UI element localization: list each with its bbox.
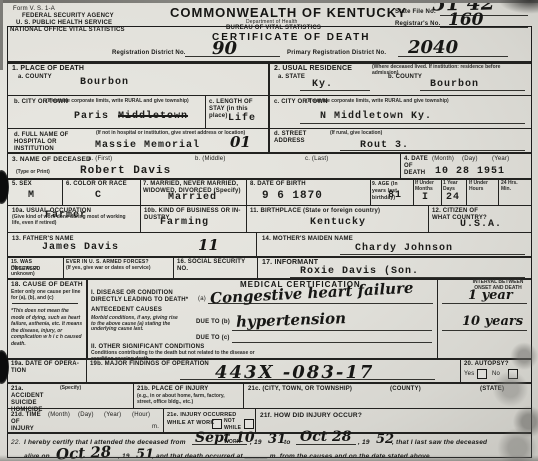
place-of-injury-note: (e.g., in or about home, farm, factory, … — [137, 394, 237, 405]
grid-line — [268, 61, 270, 152]
antecedent-note: Morbid conditions, if any, giving rise t… — [91, 316, 179, 333]
deceased-name-value: Robert Davis — [80, 166, 171, 176]
grid-line — [86, 278, 88, 358]
grid-line — [370, 178, 371, 205]
dob-value: 9 6 1870 — [262, 191, 323, 201]
grid-line — [257, 256, 258, 278]
dob-label: 8. DATE OF BIRTH — [250, 181, 306, 188]
name-first-label: a. (First) — [88, 156, 112, 163]
cause-of-death-label: 18. CAUSE OF DEATH — [11, 281, 85, 288]
while-at-work-label: WHILE AT WORK — [167, 420, 215, 427]
informant-rule — [290, 277, 525, 278]
how-injury-label: 21f. HOW DID INJURY OCCUR? — [260, 412, 362, 419]
grid-line — [7, 205, 531, 206]
place-of-death-title: 1. PLACE OF DEATH — [12, 65, 84, 72]
from-rule — [192, 444, 247, 445]
due-to-c-label: DUE TO (c) — [196, 335, 230, 342]
grid-line — [255, 408, 256, 432]
date-of-death-label: 4. DATE OF DEATH — [404, 156, 428, 177]
interval-a-rule — [442, 303, 527, 304]
time-of-injury-label: 21d. TIME OF INJURY — [11, 412, 41, 433]
date-of-death-value: 10 28 1951 — [435, 167, 505, 177]
name-sub-note: (Type or Print) — [16, 170, 50, 176]
birthplace-label: 11. BIRTHPLACE (State or foreign country… — [250, 208, 380, 215]
pod-city-label: b. CITY OR TOWN — [14, 99, 44, 106]
toi-hour-label: (Hour) — [132, 412, 150, 419]
certify-line1-post: , that I last saw the deceased — [392, 439, 487, 446]
certify-line2-mid: , 19 — [118, 453, 130, 460]
toi-month-label: (Month) — [48, 412, 70, 419]
alive-on-handwriting: Oct 28 — [56, 443, 112, 461]
grid-line — [243, 382, 244, 408]
grid-line — [163, 408, 164, 432]
res-county-rule — [420, 90, 525, 91]
findings-label: 19b. MAJOR FINDINGS OF OPERATION — [90, 361, 209, 368]
grid-line — [173, 256, 174, 278]
not-while-at-work-checkbox[interactable] — [244, 419, 254, 429]
interval-a-handwriting: 1 year — [468, 288, 513, 303]
disease-label: I. DISEASE OR CONDITION DIRECTLY LEADING… — [91, 290, 196, 304]
accident-label: 21a. ACCIDENT SUICIDE HOMICIDE — [11, 386, 56, 414]
pod-stay-value: Life — [228, 114, 256, 124]
name-middle-label: b. (Middle) — [195, 156, 226, 163]
grid-line — [7, 408, 531, 409]
certify-mid1: , 19 — [250, 439, 262, 446]
toi-year-label: (Year) — [104, 412, 121, 419]
sex-label: 5. SEX — [12, 181, 32, 188]
name-of-deceased-label: 3. NAME OF DECEASED — [12, 156, 91, 163]
pod-hospital-label: d. FULL NAME OF HOSPITAL OR INSTITUTION — [14, 132, 94, 153]
grid-line — [7, 232, 531, 233]
marital-value: Married — [168, 193, 217, 203]
ssn-label: 16. SOCIAL SECURITY NO. — [177, 259, 255, 273]
occupation-value: Farmer — [45, 211, 87, 221]
grid-line — [246, 178, 247, 205]
grid-line — [140, 205, 141, 232]
injury-state-label: (STATE) — [480, 386, 504, 393]
grid-line — [413, 178, 414, 205]
business-value: Farming — [160, 218, 209, 228]
informant-label: 17. INFORMANT — [262, 259, 318, 266]
commonwealth-title: COMMONWEALTH OF KENTUCKY — [170, 5, 407, 20]
res-county-value: Bourbon — [430, 80, 479, 90]
certify-number: 22. — [11, 439, 21, 446]
scan-edge-artifact — [0, 0, 3, 70]
birthplace-value: Kentucky — [310, 218, 366, 228]
toi-day-label: (Day) — [78, 412, 94, 419]
autopsy-yes-label: Yes — [464, 371, 474, 378]
father-value: James Davis — [42, 243, 119, 253]
citizen-value: U.S.A. — [460, 220, 502, 230]
dod-day-label: (Day) — [462, 156, 478, 163]
scan-smudge — [498, 0, 538, 14]
race-label: 6. COLOR OR RACE — [66, 181, 127, 188]
grid-line — [62, 178, 63, 205]
res-state-rule — [300, 90, 370, 91]
res-state-label: a. STATE — [278, 74, 305, 81]
grid-line — [256, 232, 257, 256]
res-city-note: (If outside corporate limits, write RURA… — [306, 99, 496, 105]
grid-line — [205, 95, 206, 128]
age-hours-label: Hours — [469, 187, 495, 193]
cause-divider — [12, 303, 78, 304]
antecedent-label: ANTECEDENT CAUSES — [91, 307, 162, 314]
pod-city-note: (If outside corporate limits, write RURA… — [46, 99, 201, 105]
pod-city-struck-value: Middletown — [118, 112, 188, 122]
mother-value: Chardy Johnson — [355, 244, 453, 254]
to-rule — [296, 444, 356, 445]
father-ditto-handwriting: 11 — [198, 236, 219, 254]
autopsy-yes-checkbox[interactable] — [477, 369, 487, 379]
agency-line-1: FEDERAL SECURITY AGENCY — [22, 13, 114, 20]
grid-line — [428, 205, 429, 232]
pod-county-value: Bourbon — [80, 78, 129, 88]
cause-note: Enter only one cause per line for (a), (… — [11, 290, 81, 301]
res-county-label: b. COUNTY — [388, 74, 422, 81]
a-label: (a) — [198, 296, 206, 303]
res-street-label: d. STREET ADDRESS — [274, 131, 314, 145]
grid-line — [133, 382, 134, 408]
mother-label: 14. MOTHER'S MAIDEN NAME — [262, 236, 353, 243]
scanned-certificate: Form V. S. 1-A FEDERAL SECURITY AGENCY U… — [0, 0, 538, 461]
place-of-injury-label: 21b. PLACE OF INJURY — [137, 386, 237, 393]
sex-value: M — [28, 191, 35, 201]
informant-value: Roxie Davis (Son. — [300, 267, 419, 277]
name-last-label: c. (Last) — [305, 156, 328, 163]
certify-to: to — [284, 439, 291, 446]
c-rule — [232, 342, 432, 343]
grid-line — [246, 205, 247, 232]
age-min-label: Min. — [501, 187, 527, 193]
grid-line — [63, 256, 64, 278]
autopsy-no-checkbox[interactable] — [508, 369, 518, 379]
form-number: Form V. S. 1-A — [13, 6, 55, 13]
age-value: 81 — [388, 191, 402, 201]
res-city-rule — [300, 123, 525, 124]
residence-title: 2. USUAL RESIDENCE — [274, 65, 352, 72]
findings-rule — [180, 379, 435, 380]
dod-month-label: (Month) — [432, 156, 454, 163]
certify-mid2: , 19 — [358, 439, 370, 446]
state-file-label: State File No. — [395, 9, 436, 16]
pod-hospital-handwriting: 01 — [230, 133, 251, 151]
pod-county-label: a. COUNTY — [18, 74, 52, 81]
was-deceased-note: (Yes, no, or unknown) — [11, 266, 61, 277]
while-at-work-checkbox[interactable] — [212, 419, 222, 429]
res-street-rule — [340, 150, 525, 151]
res-street-note: (If rural, give location) — [330, 131, 430, 137]
age-months-value: I — [422, 193, 429, 203]
due-to-b-label: DUE TO (b) — [196, 319, 230, 326]
interval-b-handwriting: 10 years — [462, 314, 523, 329]
grid-line — [400, 152, 401, 178]
attended-to-handwriting: Oct 28 — [300, 429, 352, 445]
mother-rule — [340, 254, 525, 255]
dod-year-label: (Year) — [492, 156, 509, 163]
injury-county-label: (COUNTY) — [390, 386, 421, 393]
armed-forces-note: (If yes, give war or dates of service) — [66, 266, 171, 272]
cause-footnote: *This does not mean the mode of dying, s… — [11, 308, 83, 347]
b-rule — [232, 330, 432, 331]
grid-line — [7, 256, 531, 258]
grid-line — [498, 178, 499, 205]
certify-line2-pre: alive on — [24, 453, 50, 460]
cause-b-handwriting: hypertension — [236, 309, 347, 331]
grid-line — [460, 358, 461, 382]
autopsy-no-label: No — [492, 371, 500, 378]
interval-b-rule — [442, 330, 527, 331]
grid-line — [140, 178, 141, 205]
race-value: C — [95, 191, 102, 201]
injury-city-label: 21c. (CITY, TOWN, OR TOWNSHIP) — [248, 386, 352, 393]
grid-line — [437, 278, 438, 358]
autopsy-label: 20. AUTOPSY? — [464, 361, 509, 368]
age-days-value: 24 — [446, 193, 460, 203]
res-city-value: N Middletown Ky. — [320, 112, 432, 122]
certify-line2-post: , and that death occurred at ______ m. f… — [152, 453, 432, 460]
grid-line — [441, 178, 442, 205]
toi-m-label: m. — [152, 424, 159, 431]
res-city-label: c. CITY OR TOWN — [274, 99, 302, 106]
grid-line — [86, 358, 87, 382]
date-of-operation-label: 19a. DATE OF OPERA- TION — [11, 361, 81, 375]
accident-note: (Specify) — [60, 386, 81, 392]
pod-city-value: Paris — [74, 112, 109, 122]
pod-hospital-value: Massie Memorial — [95, 141, 200, 151]
res-state-value: Ky. — [312, 80, 333, 90]
grid-line — [466, 178, 467, 205]
